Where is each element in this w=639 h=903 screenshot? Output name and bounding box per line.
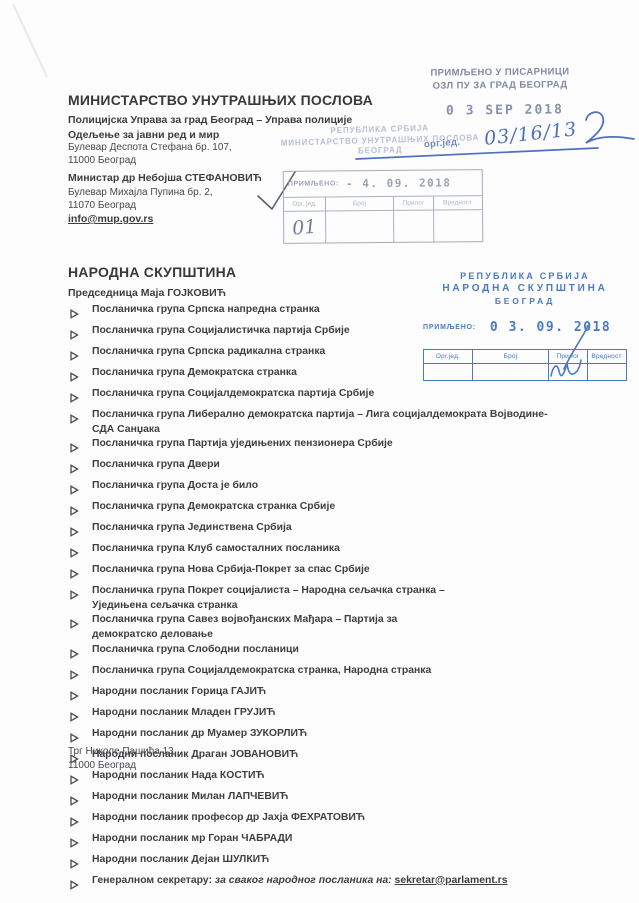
arrow-bullet-icon — [68, 874, 92, 895]
list-item-label: Народни посланик Младен ГРУЈИЋ — [92, 706, 613, 721]
mup-received-stamp: ПРИМЉЕНО: - 4. 09. 2018 Орг. јед. Број П… — [283, 169, 484, 244]
footer-address-line2: 11000 Београд — [68, 760, 136, 771]
assembly-president: Председница Маја ГОЈКОВИЋ — [68, 287, 226, 299]
arrow-bullet-icon — [68, 790, 92, 811]
arrow-bullet-icon — [68, 324, 92, 345]
list-item-label: Посланичка група Клуб самосталних послан… — [92, 542, 613, 557]
list-item: Посланичка група Социјалдемократска стра… — [68, 664, 613, 685]
list-item: Посланичка група Социјалдемократска парт… — [68, 387, 613, 408]
list-item-label: Народни посланик Горица ГАЈИЋ — [92, 685, 613, 700]
arrow-bullet-icon — [68, 303, 92, 324]
list-item: Посланичка група Социјалистичка партија … — [68, 324, 613, 345]
list-item: Посланичка група Партија уједињених пенз… — [68, 437, 613, 458]
assembly-stamp-line1: РЕПУБЛИКА СРБИЈА — [421, 271, 629, 281]
list-item-label: Посланичка група Српска радикална странк… — [92, 345, 613, 360]
arrow-bullet-icon — [68, 387, 92, 408]
table-header-cell: Број — [326, 197, 394, 211]
table-cell-attachment — [394, 211, 434, 243]
secretary-bold-text: Генералном секретару: — [92, 875, 215, 886]
list-item: Посланичка група Слободни посланици — [68, 643, 613, 664]
list-item: Посланичка група Нова Србија-Покрет за с… — [68, 563, 613, 584]
arrow-bullet-icon — [68, 437, 92, 458]
mup-received-row: ПРИМЉЕНО: - 4. 09. 2018 — [284, 170, 482, 197]
list-item-label: Посланичка група Доста је било — [92, 479, 613, 494]
handwritten-number: 03/16/13 — [483, 118, 578, 150]
arrow-bullet-icon — [68, 664, 92, 685]
secretary-email-link: sekretar@parlament.rs — [395, 875, 508, 886]
list-item: Посланичка група Демократска странка — [68, 366, 613, 387]
table-header-cell: Орг. јед. — [284, 197, 326, 210]
list-item-label: Народни посланик др Муамер ЗУКОРЛИЋ — [92, 727, 613, 742]
arrow-bullet-icon — [68, 500, 92, 521]
list-item: Посланичка група Покрет социјалиста – На… — [68, 584, 613, 613]
arrow-bullet-icon — [68, 706, 92, 727]
list-item-label: Посланичка група Социјалдемократска стра… — [92, 664, 613, 679]
footer-address-line1: Трг Николе Пашића 13 — [68, 746, 174, 757]
table-cell-number — [326, 211, 394, 244]
handwritten-org-unit: 01 — [292, 216, 318, 240]
arrow-bullet-icon — [68, 366, 92, 387]
table-cell-value — [434, 210, 481, 242]
table-cell-org-unit: 01 — [284, 211, 326, 243]
arrow-bullet-icon — [68, 408, 92, 429]
list-item-label: Посланичка група Социјалдемократска парт… — [92, 387, 613, 402]
list-item: Посланичка група Доста је било — [68, 479, 613, 500]
arrow-bullet-icon — [68, 613, 92, 634]
arrow-bullet-icon — [68, 685, 92, 706]
arrow-bullet-icon — [68, 643, 92, 664]
arrow-bullet-icon — [68, 727, 92, 748]
list-item-label: Посланичка група Српска напредна странка — [92, 303, 613, 318]
list-item-label: Генералном секретару: за сваког народног… — [92, 874, 613, 889]
list-item: Народни посланик Нада КОСТИЋ — [68, 769, 613, 790]
list-item-label: Народни посланик Нада КОСТИЋ — [92, 769, 613, 784]
list-item: Посланичка група Демократска странка Срб… — [68, 500, 613, 521]
list-item-label: Посланичка група Партија уједињених пенз… — [92, 437, 613, 452]
list-item-label: Посланичка група Савез војвођанских Мађа… — [92, 613, 613, 642]
table-header-cell: Вредност — [434, 196, 481, 209]
list-item-label: Народни посланик мр Горан ЧАБРАДИ — [92, 832, 613, 847]
list-item-label: Посланичка група Слободни посланици — [92, 643, 613, 658]
mup-received-label: ПРИМЉЕНО: — [288, 180, 339, 187]
list-item: Посланичка група Јединствена Србија — [68, 521, 613, 542]
registry-stamp: ПРИМЉЕНО У ПИСАРНИЦИ ОЗЛ ПУ ЗА ГРАД БЕОГ… — [412, 66, 588, 93]
secretary-italic-text: за сваког народног посланика на: — [215, 875, 395, 886]
list-item: Народни посланик професор др Јахја ФЕХРА… — [68, 811, 613, 832]
arrow-bullet-icon — [68, 584, 92, 605]
list-item-label: Посланичка група Демократска странка — [92, 366, 613, 381]
list-item: Посланичка група Савез војвођанских Мађа… — [68, 613, 613, 642]
assembly-stamp-heading: РЕПУБЛИКА СРБИЈА НАРОДНА СКУПШТИНА БЕОГР… — [421, 271, 629, 306]
arrow-bullet-icon — [68, 458, 92, 479]
registry-stamp-line1: ПРИМЉЕНО У ПИСАРНИЦИ — [412, 66, 588, 80]
arrow-bullet-icon — [68, 769, 92, 790]
list-item: Народни посланик др Муамер ЗУКОРЛИЋ — [68, 727, 613, 748]
document-page: МИНИСТАРСТВО УНУТРАШЊИХ ПОСЛОВА Полицијс… — [0, 0, 639, 903]
sender-address1-line1: Булевар Деспота Стефана бр. 107, — [68, 142, 232, 153]
list-item-label: Посланичка група Нова Србија-Покрет за с… — [92, 563, 613, 578]
list-item: Народни посланик Дејан ШУЛКИЋ — [68, 853, 613, 874]
arrow-bullet-icon — [68, 853, 92, 874]
registry-stamp-date: 0 3 SEP 2018 — [446, 102, 564, 118]
list-item-label: Посланичка група Демократска странка Срб… — [92, 500, 613, 515]
sender-address2-line1: Булевар Михајла Пупина бр. 2, — [68, 187, 213, 198]
list-item-label: Посланичка група Покрет социјалиста – На… — [92, 584, 613, 613]
arrow-bullet-icon — [68, 345, 92, 366]
list-item: Посланичка група Клуб самосталних послан… — [68, 542, 613, 563]
arrow-bullet-icon — [68, 479, 92, 500]
scan-streak — [13, 4, 47, 77]
list-item-label: Посланичка група Јединствена Србија — [92, 521, 613, 536]
table-header-cell: Прилог — [394, 197, 434, 210]
sender-address1-line2: 11000 Београд — [68, 155, 136, 166]
arrow-bullet-icon — [68, 563, 92, 584]
list-item: Посланичка група Српска напредна странка — [68, 303, 613, 324]
handwritten-flourish-icon — [586, 112, 634, 143]
arrow-bullet-icon — [68, 542, 92, 563]
sender-unit-line2: Одељење за јавни ред и мир — [68, 129, 219, 141]
list-item-label: Народни посланик Дејан ШУЛКИЋ — [92, 853, 613, 868]
mup-stamp-table-header: Орг. јед. Број Прилог Вредност — [284, 195, 482, 211]
list-item: Посланичка група Српска радикална странк… — [68, 345, 613, 366]
sender-title: МИНИСТАРСТВО УНУТРАШЊИХ ПОСЛОВА — [68, 92, 373, 108]
list-item: Народни посланик Младен ГРУЈИЋ — [68, 706, 613, 727]
arrow-bullet-icon — [68, 521, 92, 542]
list-item-secretary: Генералном секретару: за сваког народног… — [68, 874, 613, 895]
sender-minister: Министар др Небојша СТЕФАНОВИЋ — [68, 172, 262, 184]
list-item-label: Посланичка група Социјалистичка партија … — [92, 324, 613, 339]
arrow-bullet-icon — [68, 832, 92, 853]
mup-received-date: - 4. 09. 2018 — [346, 176, 452, 190]
list-item-label: Посланичка група Либерално демократска п… — [92, 408, 613, 437]
list-item: Посланичка група Двери — [68, 458, 613, 479]
list-item-label: Народни посланик професор др Јахја ФЕХРА… — [92, 811, 613, 826]
assembly-title: НАРОДНА СКУПШТИНА — [68, 264, 236, 280]
list-item: Народни посланик Горица ГАЈИЋ — [68, 685, 613, 706]
assembly-stamp-line2: НАРОДНА СКУПШТИНА — [421, 283, 629, 294]
sender-address2-line2: 11070 Београд — [68, 200, 136, 211]
registry-stamp-line2: ОЗЛ ПУ ЗА ГРАД БЕОГРАД — [412, 79, 588, 93]
list-item: Посланичка група Либерално демократска п… — [68, 408, 613, 437]
list-item-label: Народни посланик Милан ЛАПЧЕВИЋ — [92, 790, 613, 805]
list-item-label: Посланичка група Двери — [92, 458, 613, 473]
list-item: Народни посланик мр Горан ЧАБРАДИ — [68, 832, 613, 853]
list-item: Народни посланик Милан ЛАПЧЕВИЋ — [68, 790, 613, 811]
sender-email-link: info@mup.gov.rs — [68, 213, 153, 225]
arrow-bullet-icon — [68, 811, 92, 832]
recipient-list: Посланичка група Српска напредна странка… — [68, 303, 613, 895]
mup-stamp-table-body: 01 — [284, 209, 482, 244]
sender-unit-line1: Полицијска Управа за град Београд – Упра… — [68, 114, 352, 126]
